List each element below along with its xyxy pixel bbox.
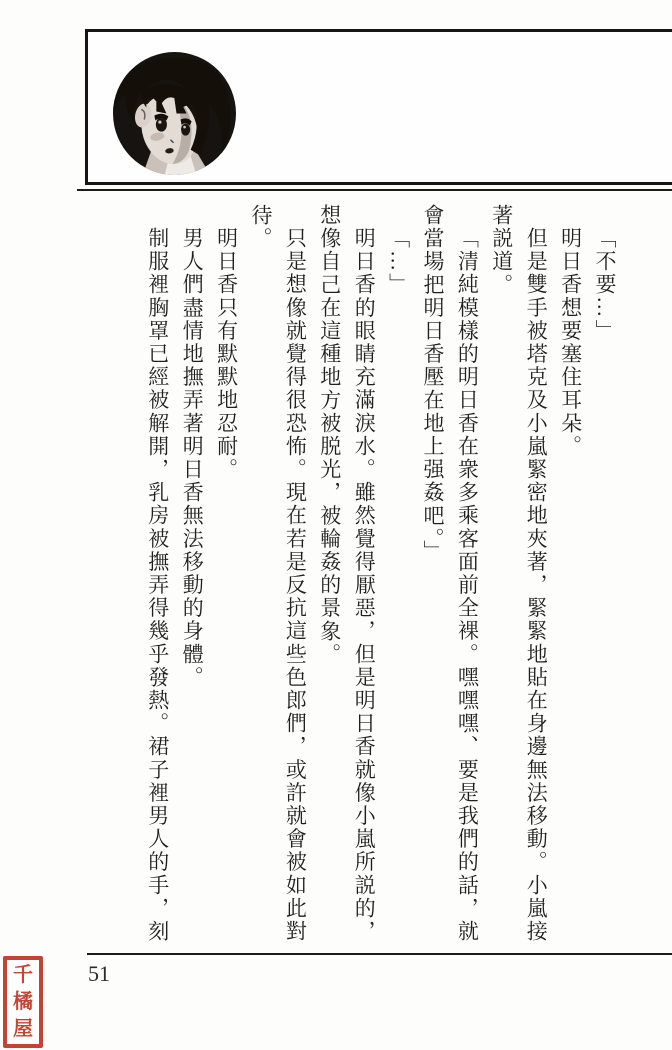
portrait-image: [112, 51, 237, 176]
text-column: 想像自己在這種地方被脱光，被輪姦的景象。: [313, 204, 347, 948]
text-column: 著説道。: [485, 204, 519, 948]
text-column: 待。: [244, 204, 278, 948]
text-column: 但是雙手被塔克及小嵐緊密地夾著，緊緊地貼在身邊無法移動。小嵐接: [519, 204, 553, 948]
book-page: 「不要…」 明日香想要塞住耳朵。 但是雙手被塔克及小嵐緊密地夾著，緊緊地貼在身邊…: [0, 0, 672, 1050]
text-column: 「不要…」: [588, 204, 622, 948]
text-column: 只是想像就覺得很恐怖。現在若是反抗這些色郎們，或許就會被如此對: [278, 204, 312, 948]
publisher-seal: 千 橘 屋: [3, 956, 43, 1048]
seal-char: 屋: [13, 1019, 33, 1039]
text-column: 「…」: [382, 204, 416, 948]
header-divider-line: [77, 189, 672, 191]
text-column: 明日香想要塞住耳朵。: [554, 204, 588, 948]
text-column: 「清純模樣的明日香在衆多乘客面前全裸。嘿嘿嘿、要是我們的話，就: [450, 204, 484, 948]
text-column: 明日香的眼睛充滿淚水。雖然覺得厭惡，但是明日香就像小嵐所説的，: [347, 204, 381, 948]
text-column: 制服裡胸罩已經被解開，乳房被撫弄得幾乎發熱。裙子裡男人的手，刻: [141, 204, 175, 948]
seal-char: 千: [13, 965, 33, 985]
text-column: 會當場把明日香壓在地上强姦吧。」: [416, 204, 450, 948]
text-column: 男人們盡情地撫弄著明日香無法移動的身體。: [175, 204, 209, 948]
seal-char: 橘: [13, 992, 33, 1012]
header-panel: [85, 29, 672, 185]
text-column: 明日香只有默默地忍耐。: [210, 204, 244, 948]
footer-rule: [87, 953, 672, 955]
page-number: 51: [88, 961, 110, 987]
